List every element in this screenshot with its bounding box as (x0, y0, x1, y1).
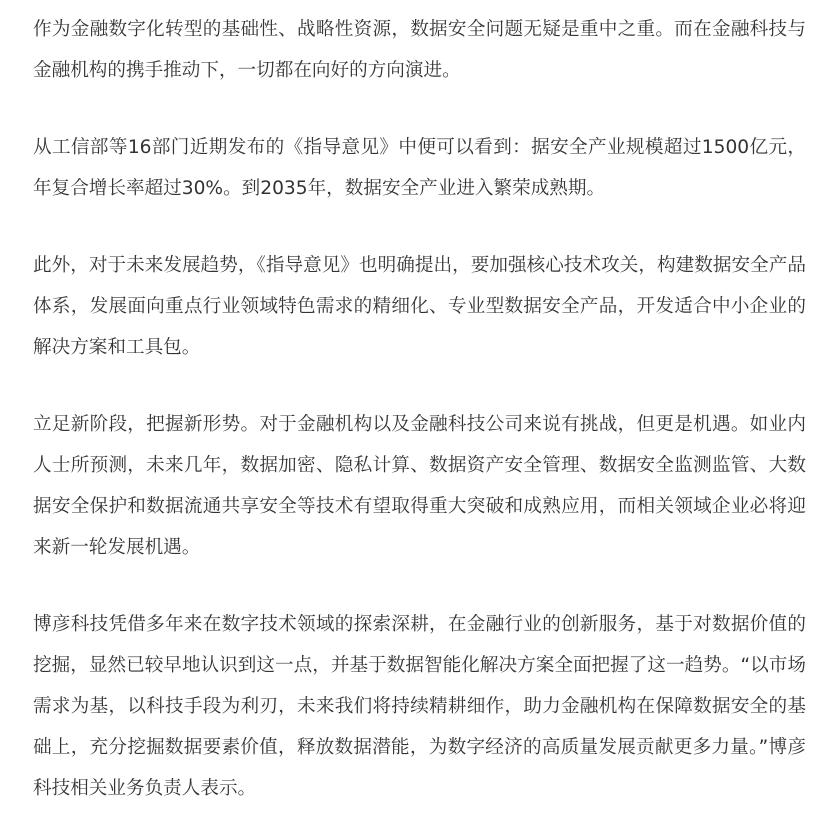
paragraph-new-stage-opportunities: 立足新阶段，把握新形势。对于金融机构以及金融科技公司来说有挑战，但更是机遇。如业… (33, 404, 806, 568)
article-body: 作为金融数字化转型的基础性、战略性资源，数据安全问题无疑是重中之重。而在金融科技… (0, 0, 834, 833)
paragraph-data-security-importance: 作为金融数字化转型的基础性、战略性资源，数据安全问题无疑是重中之重。而在金融科技… (33, 9, 806, 91)
paragraph-company-statement: 博彦科技凭借多年来在数字技术领域的探索深耕，在金融行业的创新服务，基于对数据价值… (33, 604, 806, 809)
paragraph-future-trends: 此外，对于未来发展趋势，《指导意见》也明确提出，要加强核心技术攻关，构建数据安全… (33, 245, 806, 368)
paragraph-guidance-opinion-stats: 从工信部等16部门近期发布的《指导意见》中便可以看到：据安全产业规模超过1500… (33, 127, 806, 209)
